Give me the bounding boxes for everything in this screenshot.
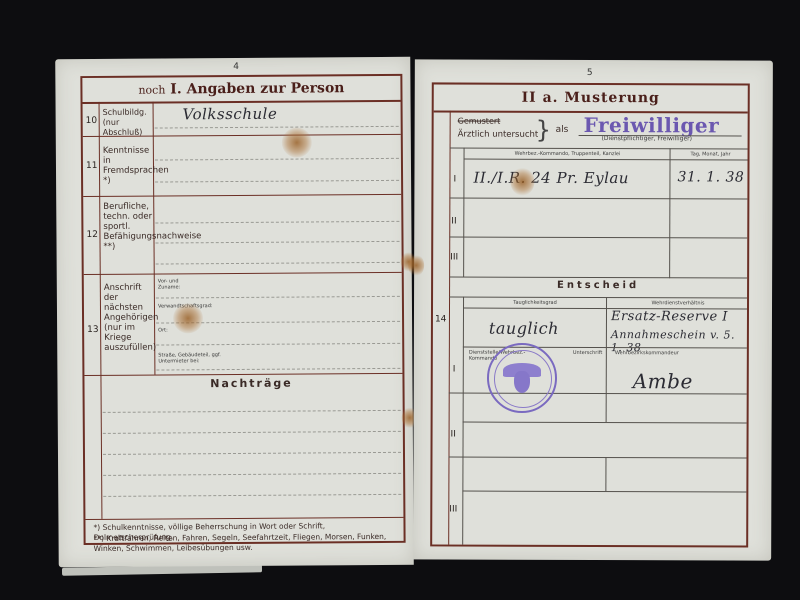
header-commander: Wehrbezirkskommandeur (615, 350, 679, 356)
decision-title: Entscheid (449, 280, 747, 291)
signature: Ambe (633, 369, 693, 393)
roman-row: I (453, 365, 456, 375)
status-struck: Gemustert (458, 117, 501, 127)
table-top (450, 147, 748, 149)
rust-stain (510, 168, 534, 196)
muster-form-frame: II a. Musterung 14 Gemustert Ärztlich un… (430, 82, 750, 547)
row-divider (462, 491, 746, 493)
category-stamp: Freiwilliger (584, 113, 720, 137)
row-divider (84, 373, 402, 376)
footnote-divider (85, 517, 403, 520)
writing-line (103, 431, 401, 434)
eagle-wreath-icon (514, 371, 530, 393)
row-divider (449, 276, 747, 278)
writing-line (156, 296, 400, 299)
row-number: 11 (86, 161, 98, 171)
column-header-date: Tag, Monat, Jahr (672, 151, 750, 157)
row-label: Kenntnisse in Fremdsprachen *) (103, 146, 153, 186)
left-page: 4 noch I. Angaben zur Person 10 Schulbil… (55, 57, 414, 567)
row-number: 10 (86, 116, 98, 126)
page-number: 5 (587, 68, 593, 78)
rust-stain (408, 254, 424, 276)
section-number: 14 (435, 314, 446, 324)
row-divider (84, 272, 402, 275)
roman-row: II (451, 217, 456, 227)
right-page: 5 II a. Musterung 14 Gemustert Ärztlich … (413, 59, 773, 560)
brace: } (536, 115, 551, 145)
writing-line (155, 158, 399, 161)
writing-line (103, 473, 401, 476)
row-divider (449, 236, 747, 238)
date-entry[interactable]: 31. 1. 38 (677, 169, 744, 185)
writing-line (155, 126, 399, 129)
writing-line (155, 180, 399, 183)
row-divider (83, 194, 401, 197)
writing-line (156, 368, 400, 371)
header-service-status: Wehrdienstverhältnis (608, 300, 748, 306)
row-number: 13 (87, 325, 99, 335)
footnote-2: **) Kraftfahren, Reiten, Fahren, Segeln,… (94, 532, 399, 554)
writing-line (156, 262, 400, 265)
subfield-label: Straße, Gebäudeteil, ggf. Untermieter be… (158, 352, 238, 365)
section-number-divider (448, 110, 451, 544)
writing-line (155, 221, 399, 224)
row-divider (448, 456, 746, 458)
status-label: Ärztlich untersucht (458, 130, 539, 140)
decision-column-divider (606, 297, 607, 422)
header-signature: Unterschrift (573, 350, 603, 356)
page-number: 4 (233, 62, 239, 72)
writing-line (156, 343, 400, 346)
writing-line (103, 494, 401, 497)
person-form-frame: noch I. Angaben zur Person 10 Schulbildg… (80, 74, 405, 545)
row-divider (463, 422, 747, 424)
writing-line (103, 452, 401, 455)
column-header-unit: Wehrbez.-Kommando, Truppenteil, Kanzlei (466, 151, 670, 158)
row-label: Anschrift der nächsten Angehörigen (nur … (104, 283, 154, 353)
school-value[interactable]: Volksschule (183, 105, 278, 124)
decision-column-divider (605, 457, 606, 491)
addenda-title: Nachträge (100, 378, 402, 390)
title-prefix: noch (138, 83, 165, 96)
category-hint: (Dienstpflichtiger, Freiwilliger) (602, 136, 692, 142)
decision-top (449, 296, 747, 298)
official-eagle-stamp (487, 343, 557, 413)
row-label: Schulbildg. (nur Abschluß) (103, 108, 153, 138)
title-text: I. Angaben zur Person (170, 80, 344, 97)
rust-stain (173, 303, 203, 333)
rust-stain (282, 127, 312, 157)
service-status-entry[interactable]: Ersatz-Reserve I (611, 309, 728, 324)
row-number: 12 (86, 230, 98, 240)
number-column-divider (99, 102, 103, 519)
header-fitness: Tauglichkeitsgrad (465, 300, 605, 306)
roman-row: I (453, 175, 456, 185)
date-column-divider (669, 148, 670, 278)
unit-entry[interactable]: II./I.R. 24 Pr. Eylau (473, 169, 629, 188)
header-divider (464, 159, 748, 161)
roman-row: III (449, 504, 457, 514)
roman-row: II (451, 430, 456, 440)
roman-column-divider (463, 148, 464, 278)
writing-line (103, 410, 401, 413)
subfield-label: Vor- und Zuname: (158, 278, 198, 290)
roman-row: III (450, 253, 458, 263)
row-label: Berufliche, techn. oder sportl. Befähigu… (103, 202, 153, 252)
section-title: noch I. Angaben zur Person (82, 76, 400, 104)
fitness-entry[interactable]: tauglich (489, 319, 559, 338)
section-title: II a. Musterung (434, 84, 748, 113)
row-divider (449, 197, 747, 199)
als-label: als (556, 125, 569, 135)
